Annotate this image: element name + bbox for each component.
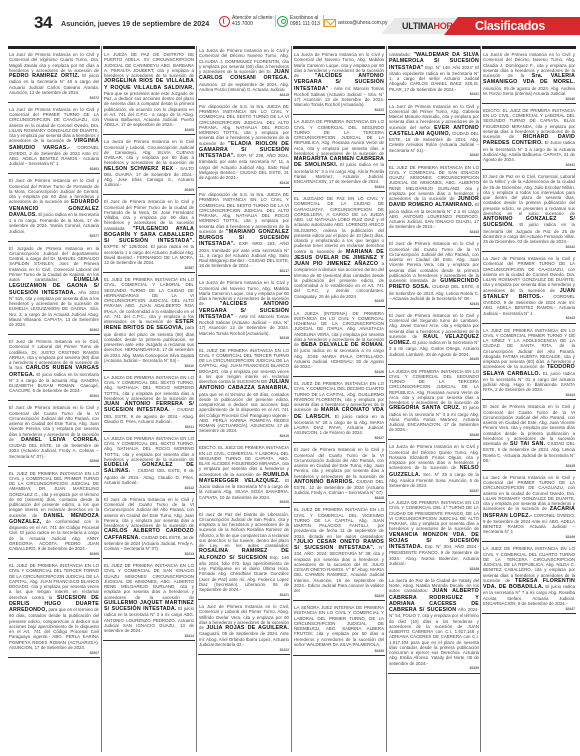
notice-code: 82408: [104, 128, 194, 133]
legal-notice: EL JUEZ DE PRIMERA INSTANCIA EN LO CIVIL…: [198, 346, 290, 442]
notice-body: El Juez de Primera Instancia en lo Civil…: [104, 497, 194, 528]
notice-code: 82420: [199, 500, 289, 505]
notice-code: 82372: [9, 96, 99, 101]
contact-phone: 415 7000: [232, 21, 274, 27]
legal-notice: LA JUEZA DE PAZ DE DISTRITO DE PUERTO AD…: [103, 50, 195, 135]
column-1: La Juez de Primera Instancia en lo Civil…: [8, 46, 100, 752]
notice-details: Exp. 146 año 2024, folio 072, bajo aperc…: [199, 555, 289, 593]
legal-notice: El Juzgado de Primera Instancia en la Ci…: [8, 244, 100, 336]
notice-code: 82428: [294, 496, 384, 501]
notice-body: LA JUEZA DE PRIMERA INSTANCIA EN LO CIVI…: [104, 375, 194, 401]
legal-notice: El Juez de Primera Instancia en lo Civil…: [8, 176, 100, 241]
legal-notice: EL JUZGADO DE PAZ EN LO CIVIL Y COMERCIA…: [293, 194, 385, 307]
notice-body: LA JUEZA DE PRIMERA INSTANCIA EN LO CIVI…: [389, 369, 479, 406]
column-divider: [101, 46, 102, 752]
deceased-name: GREGORIA SANTA CRUZ.: [389, 405, 461, 411]
legal-notice: LA JUEZA DE PRIMERA INSTANCIA EN LO CIVI…: [103, 373, 195, 432]
notice-code: 82414: [104, 634, 194, 639]
notice-code: 82426: [294, 370, 384, 375]
notice-code: 82415: [199, 93, 289, 98]
notice-body: caratulado:: [389, 52, 411, 57]
notice-body: EL JUZGADO DE PAZ EN LO CIVIL Y COMERCIA…: [294, 196, 384, 254]
legal-notice: El Juez de Primera Instancia en lo Civil…: [8, 337, 100, 401]
notice-code: 82446: [483, 535, 575, 540]
legal-notice: La Juez de Primera Instancia en lo Civil…: [8, 105, 100, 175]
deceased-name: SU TAI SAN.: [510, 441, 545, 447]
column-top-rule: [482, 46, 576, 49]
notice-body: La Juez de Primera Instancia en lo Civil…: [9, 52, 99, 73]
notice-details: Asunción, 13 de septiembre de 2024. Abg.…: [199, 82, 289, 92]
legal-notice: La Juez de Primera Instancia en lo Civil…: [482, 473, 576, 543]
notice-body: LA SEÑORA JUEZ INTERINA DE PRIMERA INSTA…: [294, 605, 384, 647]
legal-notice: La Jueza de Primera Instancia en lo Civi…: [482, 50, 576, 104]
notice-body: EL JUEZ DE PRIMERA INSTANCIA EN LO CIVIL…: [104, 277, 194, 324]
divider: [275, 15, 276, 27]
deceased-name: BEBA DELVALLE DE ROMAN.: [301, 342, 384, 348]
notice-body: La Jueza de Primera Instancia en lo Civi…: [104, 139, 194, 165]
column-top-rule: [388, 46, 480, 49]
notice-code: 82447: [483, 607, 575, 612]
legal-notice: Por disposición de S.S. la Sra. JUEZA DE…: [198, 190, 290, 276]
notice-code: 82433: [389, 230, 479, 235]
classifieds-columns: La Juez de Primera Instancia en lo Civil…: [8, 46, 576, 752]
notice-code: 82441: [483, 163, 575, 168]
notice-body: El Juez de Primera Instancia en lo Civil…: [389, 241, 479, 283]
notice-body: LA JUEZA DE PRIMERA INSTANCIA EN LO CIVI…: [389, 500, 479, 531]
column-4: La Jueza de Primera Instancia en lo Civi…: [293, 46, 385, 752]
legal-notice: LA SEÑORA JUEZ INTERINA DE PRIMERA INSTA…: [293, 603, 385, 656]
notice-code: 82437: [389, 489, 479, 494]
column-2: LA JUEZA DE PAZ DE DISTRITO DE PUERTO AD…: [103, 46, 195, 752]
legal-notice: EL JUEZ DE PRIMERA INSTANCIA EN LO CIVIL…: [103, 561, 195, 641]
legal-notice: LA JUEZA DE PRIMERA INSTANCIA EN LO CIVI…: [388, 367, 480, 441]
legal-notice: EDICTO: EL JUEZ DE PRIMERA INSTANCIA EN …: [198, 443, 290, 507]
notice-code: 82413: [104, 552, 194, 557]
legal-notice: El Juez de Primera Instancia en lo Civil…: [293, 445, 385, 503]
notice-code: 82430: [294, 649, 384, 654]
notice-code: 82423: [294, 108, 384, 113]
notice-code: 82436: [389, 433, 479, 438]
notice-code: 82440: [483, 97, 575, 102]
mail-icon: [324, 19, 336, 27]
notice-body: Por disposición de S.S. la Sra. JUEZA DE…: [199, 104, 289, 146]
legal-notice: LA JUEZA DE PRIMERA INSTANCIA EN LO CIVI…: [388, 498, 480, 574]
legal-notice: LA JUEZA (INTERINA) DE PRIMERA INSTANCIA…: [293, 309, 385, 378]
notice-code: 82387: [104, 266, 194, 271]
legal-notice: La Juez de Primera Instancia en lo Civil…: [482, 254, 576, 324]
legal-notice: El Juez de Primera Instancia en lo Civil…: [388, 311, 480, 365]
column-6: La Jueza de Primera Instancia en lo Civi…: [482, 46, 576, 752]
column-divider: [386, 46, 387, 752]
column-top-rule: [293, 46, 385, 49]
notice-code: 82409: [104, 188, 194, 193]
notice-details: El juicio radica en la secretaría a mi c…: [294, 348, 384, 369]
legal-notice: El Juez de Primera Instancia en lo Civil…: [388, 239, 480, 309]
column-top-rule: [8, 46, 100, 49]
phone-icon: [219, 16, 230, 27]
notice-code: 82411: [104, 425, 194, 430]
notice-code: 82438: [389, 567, 479, 572]
notice-details: Año 2024 N° 515, cita y emplaza por sese…: [9, 290, 99, 328]
legal-notice: EL JUEZ DE PRIMERA INSTANCIA EN LO CIVIL…: [293, 505, 385, 601]
notice-body: LA JUEZA DE PAZ DE DISTRITO DE PUERTO AD…: [104, 52, 194, 78]
legal-notice: El Juez de Primera Instancia en lo Civil…: [482, 402, 576, 471]
notice-code: 82424: [294, 185, 384, 190]
column-top-rule: [103, 46, 195, 49]
deceased-name: JORGELINA RIOS DE VILLALBA Y ROQUE VILLA…: [104, 78, 194, 90]
deceased-name: JULIA ROJAS DE AGUILERA.: [206, 625, 289, 631]
notice-body: LA JUEZA DE PRIMERA INSTANCIA EN LO CIVI…: [104, 436, 194, 462]
legal-notice: La Jueza de Primera Instancia en lo Civi…: [103, 137, 195, 195]
notice-code: 82427: [294, 436, 384, 441]
notice-code: 82410: [104, 364, 194, 369]
notice-details: Para que se presenten ante este Juzgado …: [104, 91, 194, 128]
section-title: Clasificados: [475, 19, 545, 33]
notice-code: 82432: [389, 153, 479, 158]
notice-details: para que en el término de 60 días, conta…: [199, 392, 289, 434]
notice-code: 82422: [199, 648, 289, 653]
legal-notice: La Juez de Primera Instancia en lo Civil…: [8, 50, 100, 103]
legal-notice: La Jueza de Primera Instancia en lo Civi…: [388, 442, 480, 496]
legal-notice: Por disposición de S.S. la Sra. JUEZA DE…: [198, 102, 290, 188]
legal-notice: LA JUEZ DE PRIMERA INSTANCIA EN LO CIVIL…: [482, 326, 576, 401]
notice-body: El Juez de Primera Instancia en lo Civil…: [483, 404, 575, 446]
notice-code: 82421: [199, 593, 289, 598]
notice-code: 82434: [389, 302, 479, 307]
notice-details: Año 2024-N° 54, FOLIO 7, cita y emplaza …: [389, 607, 479, 666]
notice-code: 82412: [104, 486, 194, 491]
legal-notice: EL JUEZ DE PRIMERA INSTANCIA EN LO CIVIL…: [293, 379, 385, 443]
notice-details: a comparecer a deducir sus acciones dent…: [294, 261, 384, 299]
notice-code: 82417: [199, 269, 289, 274]
notice-details: N° 234. AÑO: 2024; SECRETARÍA N° 39; cit…: [294, 545, 384, 593]
notice-code: 82418: [199, 336, 289, 341]
column-divider: [291, 46, 292, 752]
notice-code: 82377: [9, 234, 99, 239]
legal-notice: La Jueza de Primera Instancia en lo Civi…: [293, 50, 385, 115]
notice-code: 82400: [9, 552, 99, 557]
notice-code: 82404: [9, 394, 99, 399]
deceased-name: DANIEL LEIVA CORREA.: [21, 437, 99, 443]
legal-notice: La Juez de Primera Instancia en lo Civil…: [388, 102, 480, 161]
legal-notice: LA JUEZ DE PRIMERA INSTANCIA EN LO CIVIL…: [482, 544, 576, 614]
notice-code: 82425: [294, 299, 384, 304]
page-number: 34: [34, 13, 52, 33]
notice-body: EL JUEZ DE PRIMERA INSTANCIA EN LO CIVIL…: [104, 563, 194, 600]
notice-details: para que dentro del plazo de sesenta (60…: [104, 325, 194, 363]
column-3: La Jueza de Primera Instancia en lo Civi…: [198, 46, 290, 752]
legal-notice: EL JUEZ DE PRIMERA INSTANCIA EN LO CIVIL…: [103, 275, 195, 371]
deceased-name: PEDRO RAMIREZ ORTIZ.: [9, 73, 79, 79]
notice-body: LA JUEZA DE PRIMERA INSTANCIA EN LO CIVI…: [294, 119, 384, 156]
legal-notice: LA JUEZA DE PRIMERA INSTANCIA EN LO CIVI…: [293, 117, 385, 192]
legal-notice: La Jueza de Paz de la Ciudad de Yataity …: [388, 576, 480, 674]
notice-code: 82439: [389, 666, 479, 671]
notice-code: 82431: [389, 92, 479, 97]
contact-whatsapp: Escribinos al 0981 111 013: [277, 15, 320, 27]
notice-code: 82442: [483, 245, 575, 250]
legal-notice: La Jueza de Primera Instancia en lo Civi…: [198, 278, 290, 343]
notice-details: EXPTE. N° 129/2024. El juicio radica en …: [104, 244, 194, 265]
contact-customer-service: Atención al cliente: 415 7000: [219, 15, 274, 27]
deceased-name: "JULIO CESAR ONETO RAMOS S/ SUCESION INT…: [294, 539, 384, 551]
notice-body: El Juez de Paz del Distrito de Liberació…: [199, 512, 289, 549]
notice-body: Por disposición de S.S. la Sra. JUEZA DE…: [199, 192, 289, 234]
legal-notice: EL JUEZ DE PRIMERA INSTANCIA EN LO CIVIL…: [8, 561, 100, 658]
whatsapp-icon: [277, 16, 288, 27]
deceased-name: ANTONINO BARRIOS.: [294, 479, 354, 485]
legal-notice: La Jueza de Primera Instancia en lo Civi…: [198, 46, 290, 100]
notice-details: CIUDAD DEL ESTE, 16 de Setiembre de 2024…: [9, 443, 99, 459]
column-5: caratulado: "WALDEMAR DA SILVA PALMEROLA…: [388, 46, 480, 752]
legal-notice: La Juez de Primera Instancia en lo Civil…: [198, 602, 290, 655]
deceased-name: NELSON SCHWERZ REX: [104, 166, 173, 172]
legal-notice: El Juez de Primera Instancia en lo Civil…: [103, 197, 195, 273]
page-header: 34 Asunción, jueves 19 de septiembre de …: [0, 0, 580, 40]
legal-notice: EL JUEZ DE PRIMERA INSTANCIA EN LO CIVIL…: [8, 469, 100, 560]
contact-whatsapp-number: 0981 111 013: [290, 21, 320, 27]
notice-details: para que en el término de 60 días, conta…: [9, 607, 99, 650]
notice-code: 82435: [389, 357, 479, 362]
legal-notice: LA JUEZA DE PRIMERA INSTANCIA EN LO CIVI…: [103, 434, 195, 493]
column-divider: [196, 46, 197, 752]
legal-notice: El Juez de Paz del Distrito de Liberació…: [198, 510, 290, 601]
legal-notice: EL JUEZ DE PRIMERA INSTANCIA EN LO CIVIL…: [388, 163, 480, 238]
notice-details: Asunción, 05 de agosto de 2024. Abg. And…: [483, 86, 575, 96]
notice-body: El Juez de Paz en lo Civil, Comercial, L…: [483, 174, 575, 216]
notice-code: 82419: [199, 434, 289, 439]
legal-notice: caratulado: "WALDEMAR DA SILVA PALMEROLA…: [388, 50, 480, 100]
notice-body: EL JUEZ DE PRIMERA INSTANCIA EN LO CIVIL…: [294, 507, 384, 538]
legal-notice: El Juez de Primera Instancia en lo Civil…: [8, 403, 100, 466]
legal-notice: EDICTO: EL JUEZ DE PRIMERA INSTANCIA EN …: [482, 106, 576, 170]
notice-body: EL JUEZ DE PRIMERA INSTANCIA EN LO CIVIL…: [9, 471, 99, 518]
contact-email: avisos@uhora.com.py: [324, 19, 388, 27]
notice-code: 82406: [9, 459, 99, 464]
page-date: Asunción, jueves 19 de septiembre de 202…: [61, 19, 209, 28]
notice-code: 82444: [483, 393, 575, 398]
notice-details: Caaguazú, 09 de Septiembre de 2024. Ante…: [199, 631, 289, 647]
legal-notice: El Juez de Paz en lo Civil, Comercial, L…: [482, 172, 576, 252]
notice-code: 82416: [199, 181, 289, 186]
notice-code: 82402: [9, 328, 99, 333]
notice-code: 82403: [9, 167, 99, 172]
notice-code: 82407: [9, 651, 99, 656]
notice-body: El Juez de Primera Instancia en lo Civil…: [294, 447, 384, 478]
legal-notice: El Juez de Primera Instancia en lo Civil…: [103, 495, 195, 559]
notice-code: 82443: [483, 316, 575, 321]
notice-body: LA JUEZ DE PRIMERA INSTANCIA EN LO CIVIL…: [483, 328, 575, 370]
notice-code: 82429: [294, 594, 384, 599]
notice-code: 82445: [483, 464, 575, 469]
